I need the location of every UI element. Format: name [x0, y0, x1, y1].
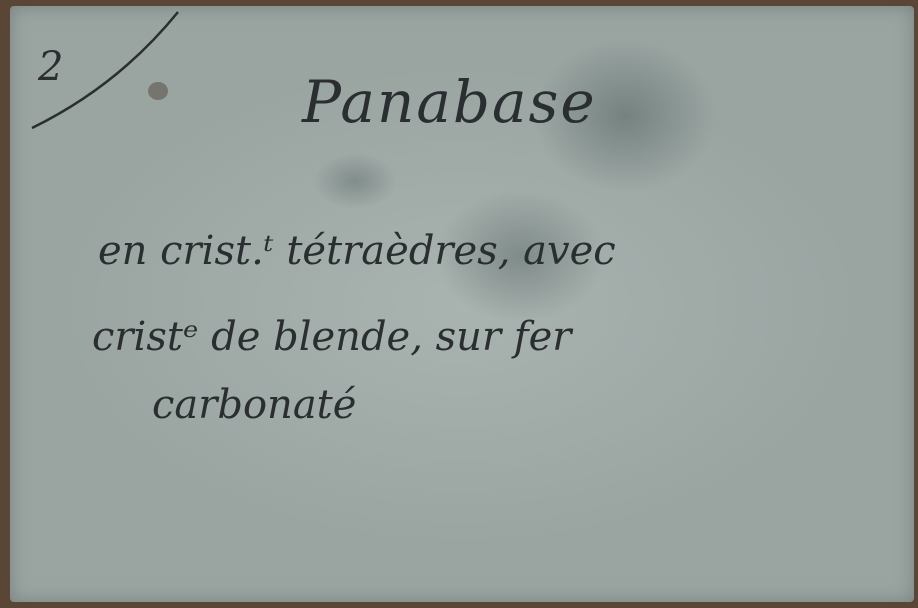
stain-spot [148, 82, 168, 100]
description-line-3: carbonaté [152, 382, 356, 428]
specimen-label: 2 Panabase en crist.ᵗ tétraèdres, avec c… [10, 6, 914, 602]
mineral-name: Panabase [302, 68, 597, 136]
description-line-1: en crist.ᵗ tétraèdres, avec [98, 228, 616, 274]
description-line-2: cristᵉ de blende, sur fer [92, 314, 571, 360]
label-number: 2 [38, 44, 63, 90]
